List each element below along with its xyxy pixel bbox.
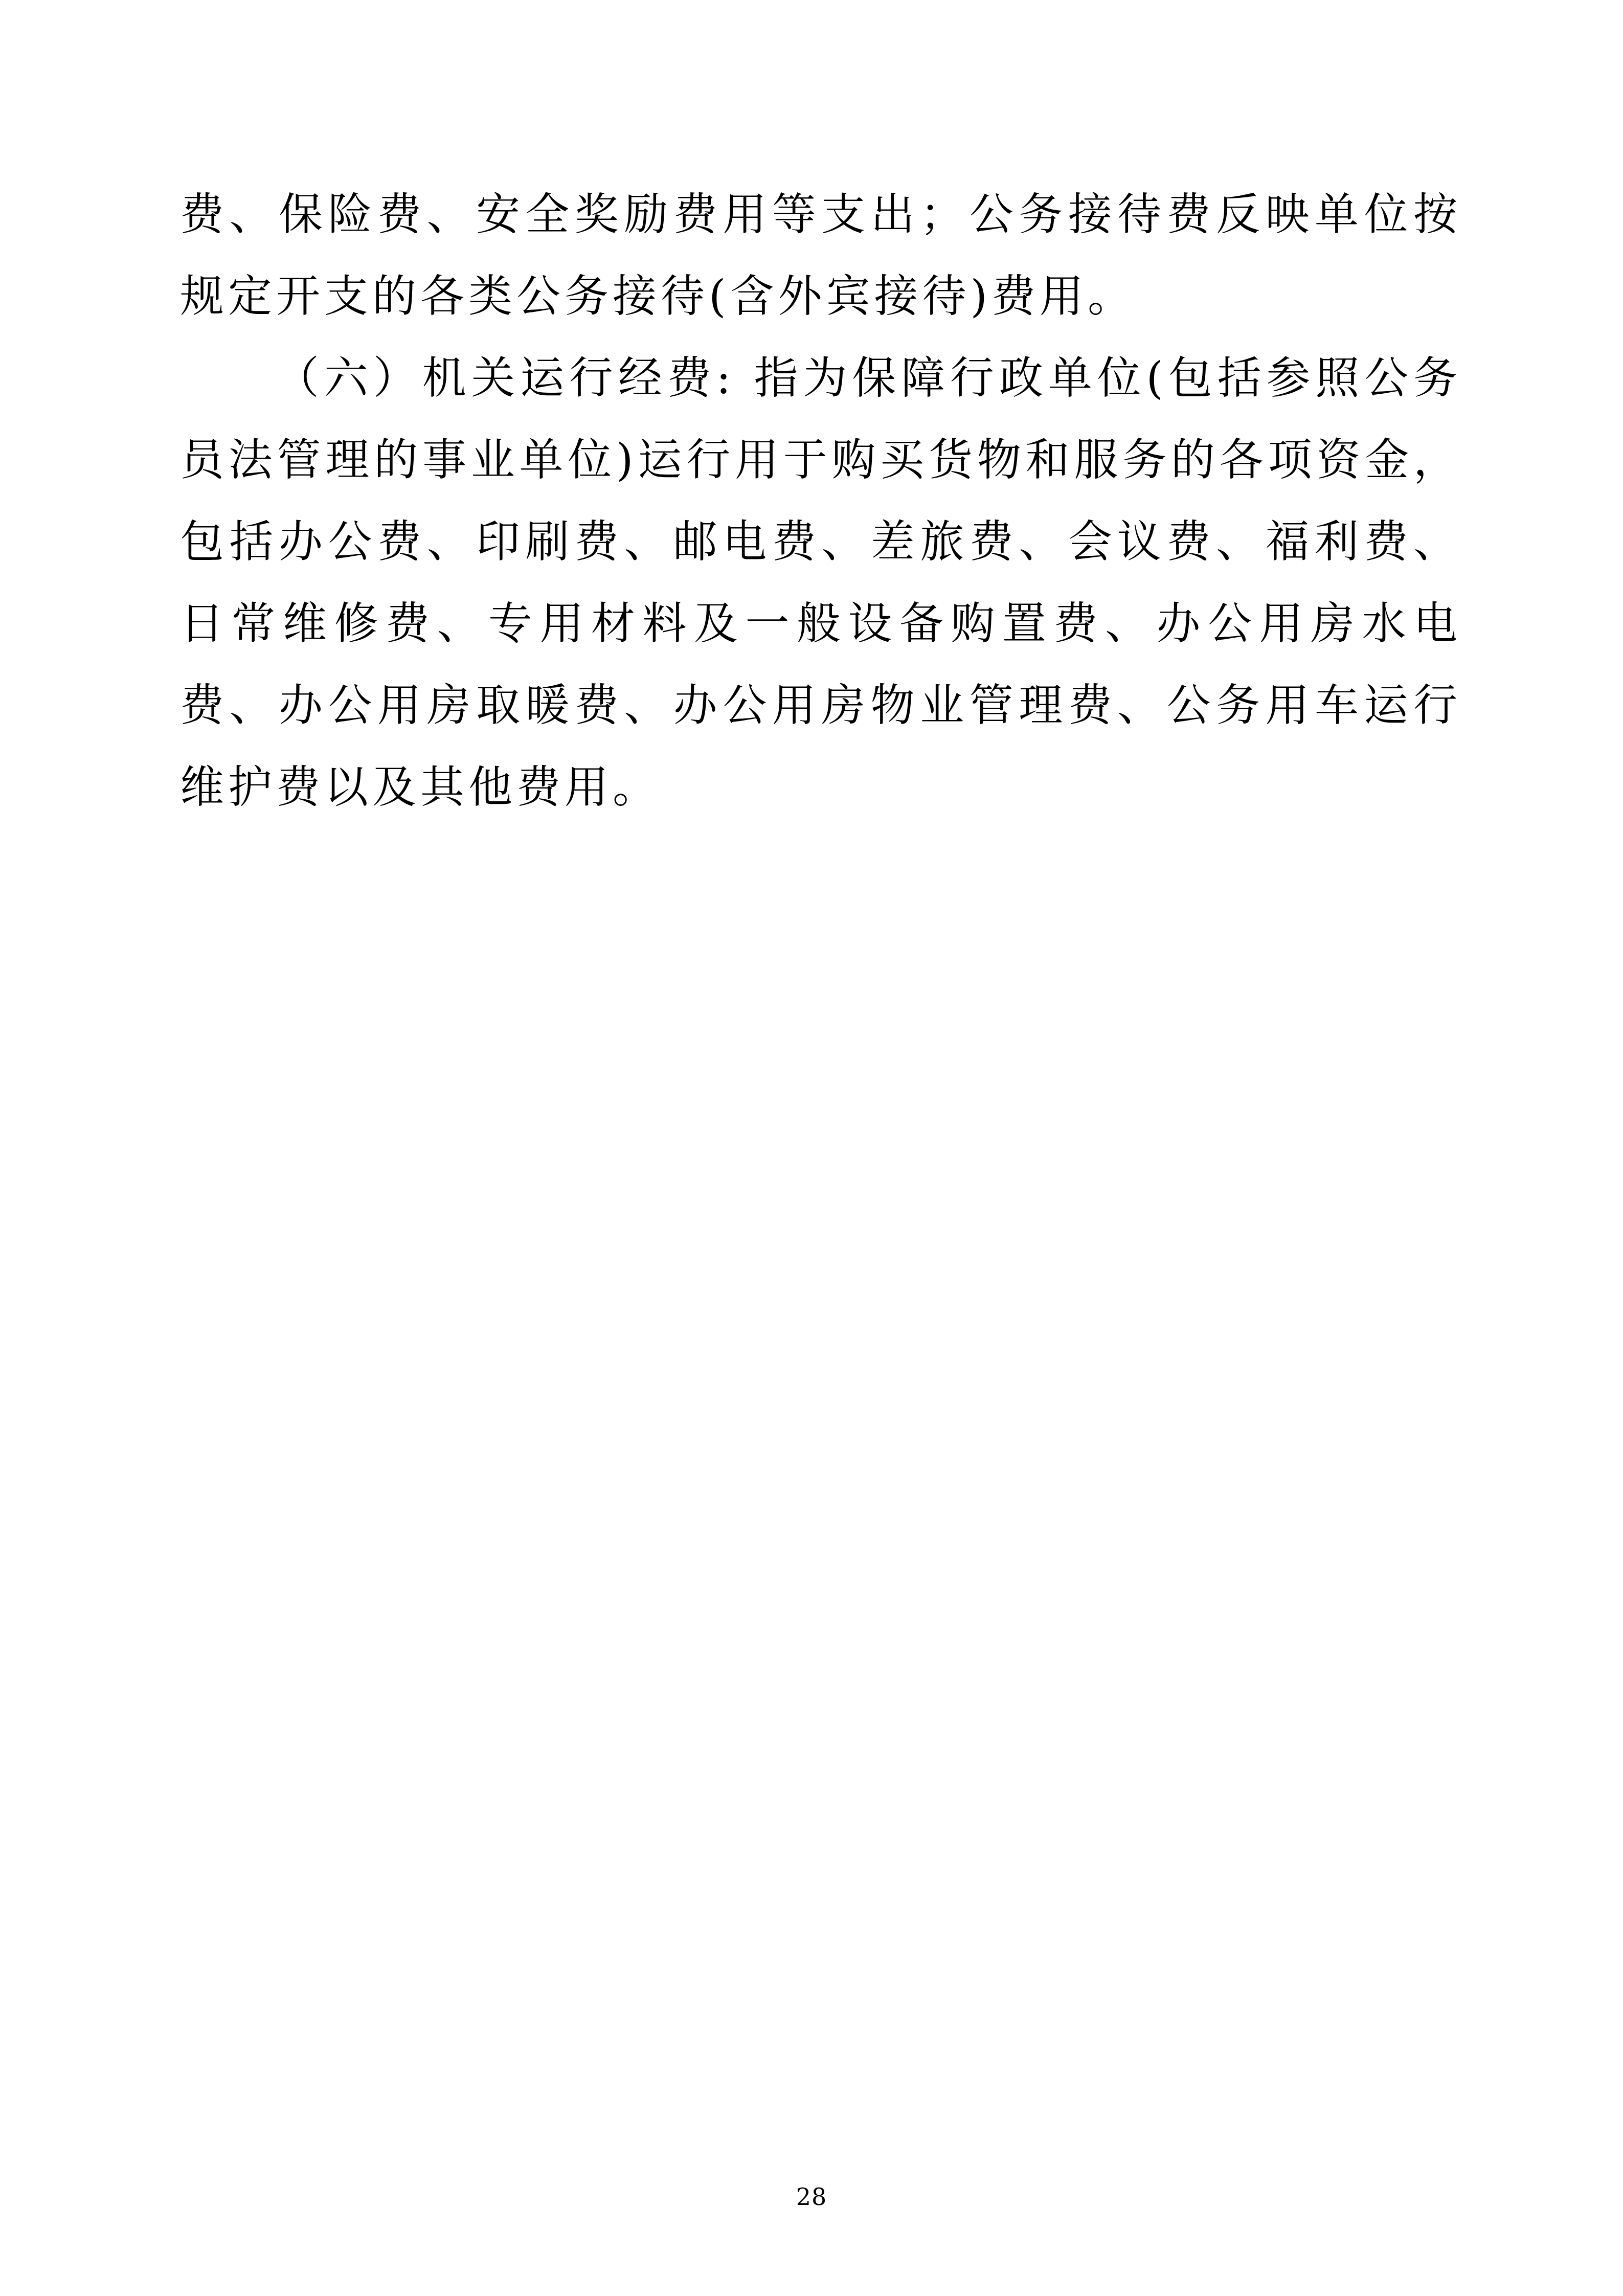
document-text-block: 费、保险费、安全奖励费用等支出；公务接待费反映单位按规定开支的各类公务接待(含外… [180, 174, 1461, 828]
paragraph-continued: 费、保险费、安全奖励费用等支出；公务接待费反映单位按规定开支的各类公务接待(含外… [180, 174, 1461, 337]
paragraph-item-six: （六）机关运行经费: 指为保障行政单位(包括参照公务员法管理的事业单位)运行用于… [180, 337, 1461, 828]
page-footer: 28 [0, 2182, 1623, 2211]
document-page: 费、保险费、安全奖励费用等支出；公务接待费反映单位按规定开支的各类公务接待(含外… [0, 0, 1623, 2296]
page-number: 28 [796, 2183, 827, 2211]
